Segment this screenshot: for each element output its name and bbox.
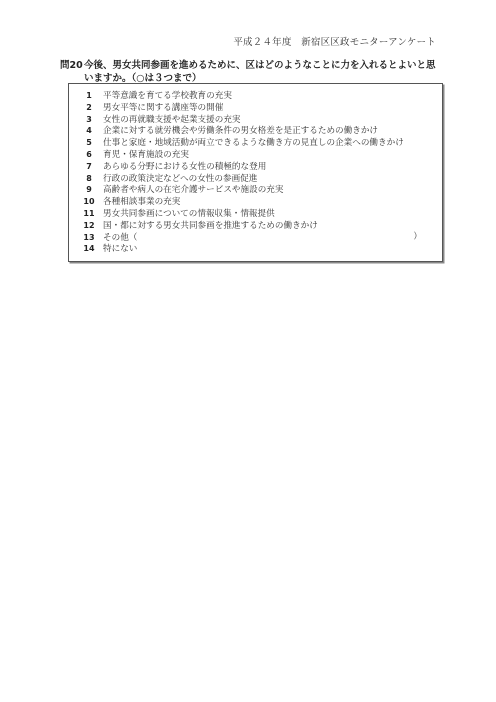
option-number: 11: [79, 208, 99, 220]
option-item[interactable]: 9高齢者や病人の在宅介護サービスや施設の充実: [79, 184, 434, 196]
question-block: 問20 今後、男女共同参画を進めるために、区はどのようなことに力を入れるとよいと…: [60, 59, 440, 85]
option-number: 7: [79, 161, 99, 173]
option-number: 5: [79, 137, 99, 149]
option-item[interactable]: 3女性の再就職支援や起業支援の充実: [79, 114, 434, 126]
option-item[interactable]: 10各種相談事業の充実: [79, 196, 434, 208]
option-number: 9: [79, 184, 99, 196]
option-number: 12: [79, 220, 99, 232]
option-item[interactable]: 7あらゆる分野における女性の積極的な登用: [79, 161, 434, 173]
option-number: 14: [79, 243, 99, 255]
options-list: 1平等意識を育てる学校教育の充実 2男女平等に関する講座等の開催 3女性の再就職…: [79, 90, 434, 255]
option-number: 1: [79, 90, 99, 102]
option-item[interactable]: 2男女平等に関する講座等の開催: [79, 102, 434, 114]
option-number: 2: [79, 102, 99, 114]
option-item[interactable]: 6育児・保育施設の充実: [79, 149, 434, 161]
options-box: 1平等意識を育てる学校教育の充実 2男女平等に関する講座等の開催 3女性の再就職…: [68, 83, 443, 262]
question-text: 今後、男女共同参画を進めるために、区はどのようなことに力を入れるとよいと思います…: [84, 59, 440, 85]
option-item[interactable]: 5仕事と家庭・地域活動が両立できるような働き方の見直しの企業への働きかけ: [79, 137, 434, 149]
option-number: 4: [79, 125, 99, 137]
option-number: 6: [79, 149, 99, 161]
option-label: 特にない: [103, 244, 137, 256]
option-item-other[interactable]: 13その他（）: [79, 232, 434, 244]
survey-title: 平成２４年度 新宿区区政モニターアンケート: [233, 34, 436, 48]
option-item[interactable]: 1平等意識を育てる学校教育の充実: [79, 90, 434, 102]
question-number: 問20: [60, 59, 83, 72]
option-item[interactable]: 8行政の政策決定などへの女性の参画促進: [79, 173, 434, 185]
option-number: 8: [79, 173, 99, 185]
option-number: 10: [79, 196, 99, 208]
option-item[interactable]: 11男女共同参画についての情報収集・情報提供: [79, 208, 434, 220]
option-item[interactable]: 4企業に対する就労機会や労働条件の男女格差を是正するための働きかけ: [79, 125, 434, 137]
option-number: 13: [79, 232, 99, 244]
other-close-paren: ）: [413, 232, 422, 244]
option-item[interactable]: 14特にない: [79, 243, 434, 255]
option-number: 3: [79, 114, 99, 126]
option-item[interactable]: 12国・都に対する男女共同参画を推進するための働きかけ: [79, 220, 434, 232]
